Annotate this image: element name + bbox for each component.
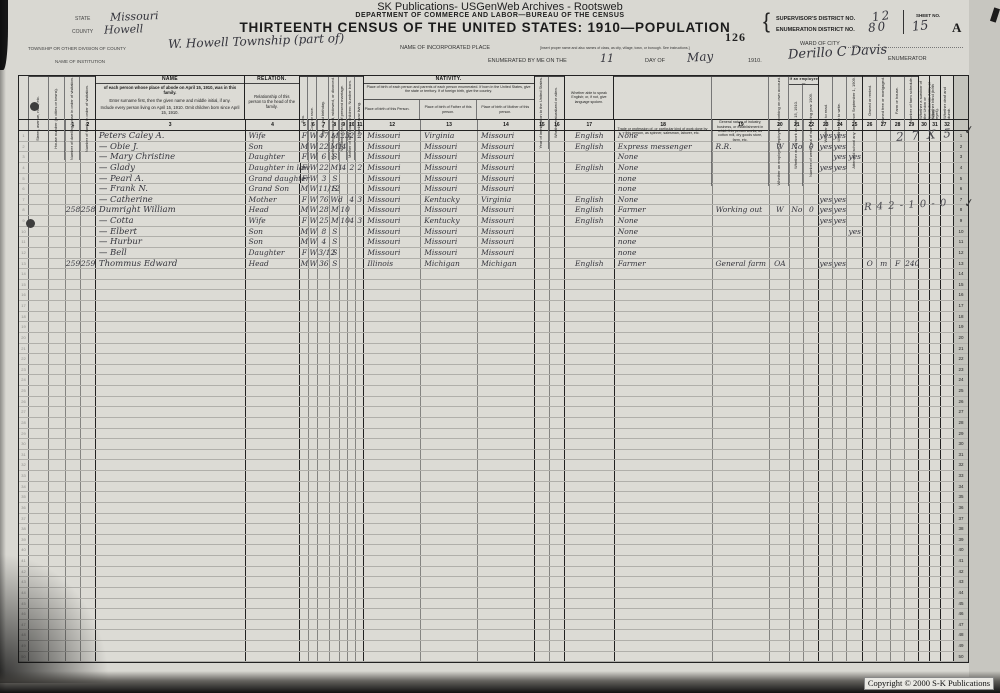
cell-h29: [905, 641, 919, 651]
cell-emp: [770, 460, 790, 470]
cell-pbf: [421, 524, 478, 534]
cell-ind: [713, 184, 771, 194]
cell-mar: [330, 397, 340, 407]
cell-rel: [246, 407, 301, 417]
row-number: 47: [954, 620, 968, 630]
cell-h29: [905, 439, 919, 449]
cell-c31: [930, 174, 941, 184]
cell-mar: [330, 630, 340, 640]
cell-age: [318, 365, 330, 375]
cell-pbm: Virginia: [478, 195, 535, 205]
cell-h28: [891, 630, 905, 640]
cell-mar: [330, 503, 340, 513]
cell-rd: [819, 269, 833, 279]
cell-sex: [300, 439, 309, 449]
cell-cl: 2: [356, 163, 364, 173]
cell-name: — Frank N.: [96, 184, 246, 194]
institution-label: NAME OF INSTITUTION: [55, 59, 105, 64]
cell-yr: [535, 184, 550, 194]
cell-h29: [905, 450, 919, 460]
column-header-h28: Farm or house.: [891, 77, 905, 124]
cell-h26: [863, 344, 877, 354]
cell-st: [29, 333, 49, 343]
cell-wr: [833, 301, 847, 311]
cell-mar: [330, 439, 340, 449]
cell-cb: 2: [348, 163, 356, 173]
cell-emp: [770, 429, 790, 439]
cell-st: [29, 460, 49, 470]
cell-h26: [863, 556, 877, 566]
cell-c32: [941, 216, 954, 226]
cell-eng: [565, 577, 615, 587]
cell-occ: none: [615, 237, 713, 247]
cell-rel: [246, 630, 301, 640]
cell-wr: [833, 184, 847, 194]
cell-fam: [81, 131, 96, 141]
cell-h27: [877, 184, 891, 194]
cell-rd: [819, 514, 833, 524]
cell-h27: [877, 439, 891, 449]
cell-dw: [66, 301, 81, 311]
cell-pbf: [421, 609, 478, 619]
cell-eng: [565, 386, 615, 396]
cell-eng: [565, 301, 615, 311]
cell-emp: [770, 609, 790, 619]
cell-h27: [877, 556, 891, 566]
cell-mar: [330, 418, 340, 428]
cell-pb: [364, 599, 421, 609]
cell-occ: [615, 375, 713, 385]
cell-pb: [364, 641, 421, 651]
cell-h27: [877, 152, 891, 162]
cell-nat: [550, 556, 565, 566]
cell-sex: F: [301, 174, 310, 184]
cell-eng: [565, 397, 615, 407]
cell-nat: [550, 630, 565, 640]
cell-emp: [770, 556, 790, 566]
cell-h29: [905, 514, 919, 524]
cell-ind: [713, 577, 771, 587]
cell-occ: [615, 365, 713, 375]
cell-pbm: Missouri: [478, 163, 535, 173]
cell-eng: English: [565, 131, 615, 141]
cell-sex: [300, 290, 309, 300]
cell-wr: [833, 280, 847, 290]
enumeration-district-value: 80: [867, 19, 888, 35]
cell-emp: [770, 620, 790, 630]
cell-ow: No: [790, 205, 804, 215]
cell-eng: [565, 152, 615, 162]
cell-c30: [919, 482, 930, 492]
cell-mar: S: [330, 227, 340, 237]
table-row: 3434: [19, 482, 968, 493]
cell-col: [309, 471, 318, 481]
cell-sex: [300, 652, 309, 662]
cell-h28: [891, 545, 905, 555]
cell-ow: [790, 482, 804, 492]
cell-h27: [877, 333, 891, 343]
cell-yrs: [340, 354, 348, 364]
column-header-pbf: Place of birth of Father of this person.: [420, 100, 477, 119]
nativity-group-label: NATIVITY.: [364, 76, 534, 84]
cell-age: [318, 397, 330, 407]
relation-desc: Relationship of this person to the head …: [245, 93, 299, 111]
cell-c32: [941, 174, 954, 184]
cell-hn: [49, 514, 66, 524]
cell-sex: [300, 386, 309, 396]
cell-st: [29, 365, 49, 375]
cell-yrs: [340, 471, 348, 481]
cell-h26: [863, 227, 877, 237]
cell-cb: [348, 556, 356, 566]
cell-h26: [863, 322, 877, 332]
cell-fam: [81, 290, 96, 300]
cell-eng: [565, 322, 615, 332]
cell-ind: [713, 269, 771, 279]
cell-rd: [819, 354, 833, 364]
cell-h28: [891, 535, 905, 545]
cell-sex: [300, 344, 309, 354]
cell-wk: [804, 216, 819, 226]
cell-emp: [770, 344, 790, 354]
cell-ow: [790, 609, 804, 619]
cell-h27: [877, 524, 891, 534]
cell-nat: [550, 312, 565, 322]
cell-pbf: [421, 492, 478, 502]
cell-h28: [891, 237, 905, 247]
cell-ind: [713, 322, 771, 332]
cell-cl: [356, 567, 364, 577]
table-row: 4545: [19, 599, 968, 610]
cell-wr: [833, 269, 847, 279]
cell-cl: [356, 652, 364, 662]
cell-wk: [804, 163, 819, 173]
cell-wr: [833, 344, 847, 354]
cell-dw: [66, 322, 81, 332]
cell-ow: [790, 312, 804, 322]
cell-pb: Missouri: [364, 248, 421, 258]
cell-rel: [246, 280, 301, 290]
cell-pb: [364, 460, 421, 470]
cell-ind: [713, 354, 771, 364]
cell-dw: [66, 460, 81, 470]
cell-pbm: Michigan: [478, 259, 535, 269]
row-number: 5: [954, 174, 968, 184]
cell-h26: [863, 599, 877, 609]
row-number: 36: [954, 503, 968, 513]
cell-age: [318, 514, 330, 524]
cell-rd: yes: [819, 131, 833, 141]
cell-pbm: [478, 301, 535, 311]
enumerated-month: May: [687, 49, 714, 65]
cell-h27: [877, 609, 891, 619]
cell-yr: [535, 312, 550, 322]
cell-nat: [550, 195, 565, 205]
cell-name: [96, 545, 246, 555]
cell-yrs: [340, 514, 348, 524]
cell-emp: [770, 450, 790, 460]
cell-rel: [246, 471, 301, 481]
cell-h26: [863, 460, 877, 470]
cell-rd: yes: [819, 142, 833, 152]
cell-wk: [804, 365, 819, 375]
cell-yr: [535, 174, 550, 184]
table-row: 12— BellDaughterFW3/12SMissouriMissouriM…: [19, 248, 968, 259]
cell-c30: [919, 407, 930, 417]
cell-ow: [790, 556, 804, 566]
cell-mar: [330, 301, 340, 311]
cell-yr: [535, 163, 550, 173]
cell-h26: [863, 354, 877, 364]
cell-pbf: [421, 375, 478, 385]
cell-wk: [804, 290, 819, 300]
cell-yr: [535, 418, 550, 428]
cell-ow: [790, 460, 804, 470]
cell-pb: [364, 397, 421, 407]
cell-pbm: Missouri: [478, 152, 535, 162]
cell-occ: [615, 407, 713, 417]
cell-h26: [863, 545, 877, 555]
census-table: LOCATION. Street, avenue, road, etc.Hous…: [18, 75, 969, 663]
cell-ind: [713, 333, 771, 343]
cell-col: W: [309, 227, 318, 237]
cell-st: [29, 301, 49, 311]
cell-occ: [615, 439, 713, 449]
cell-h26: O: [863, 259, 877, 269]
cell-fam: [81, 248, 96, 258]
cell-rd: [819, 599, 833, 609]
cell-h28: [891, 652, 905, 662]
cell-c32: [941, 641, 954, 651]
cell-emp: [770, 630, 790, 640]
cell-eng: [565, 365, 615, 375]
column-header-pb: Place of birth of this Person.: [364, 100, 421, 119]
cell-yr: [535, 248, 550, 258]
cell-hn: [49, 482, 66, 492]
cell-occ: [615, 514, 713, 524]
cell-c32: [941, 630, 954, 640]
cell-h28: [891, 641, 905, 651]
cell-ind: [713, 503, 771, 513]
cell-ind: [713, 227, 771, 237]
cell-h29: [905, 269, 919, 279]
cell-st: [29, 524, 49, 534]
cell-yrs: [340, 599, 348, 609]
cell-h26: [863, 577, 877, 587]
cell-c32: [941, 333, 954, 343]
cell-pb: Missouri: [364, 184, 421, 194]
cell-emp: [770, 195, 790, 205]
cell-ind: [713, 216, 771, 226]
cell-h28: [891, 386, 905, 396]
cell-c30: [919, 450, 930, 460]
cell-wr: [833, 556, 847, 566]
cell-emp: [770, 567, 790, 577]
cell-dw: [66, 312, 81, 322]
sheet-letter: A: [952, 20, 961, 36]
cell-pbf: [421, 354, 478, 364]
cell-sch: yes: [847, 227, 863, 237]
row-number: 44: [954, 588, 968, 598]
cell-h28: [891, 503, 905, 513]
cell-mar: S: [330, 152, 340, 162]
row-number: 42: [954, 567, 968, 577]
table-row: 6— Frank N.Grand SonMW11/12SMissouriMiss…: [19, 184, 968, 195]
cell-ow: [790, 365, 804, 375]
cell-occ: [615, 280, 713, 290]
cell-name: [96, 439, 246, 449]
cell-c32: [941, 397, 954, 407]
cell-h29: [905, 163, 919, 173]
row-number: 26: [954, 397, 968, 407]
cell-c32: [941, 652, 954, 662]
cell-h27: [877, 599, 891, 609]
cell-wk: [804, 641, 819, 651]
cell-ow: [790, 248, 804, 258]
cell-pbf: [421, 450, 478, 460]
cell-rel: [246, 290, 301, 300]
table-row: 10— ElbertSonMW8SMissouriMissouriMissour…: [19, 227, 968, 238]
cell-emp: [770, 514, 790, 524]
cell-yrs: [340, 482, 348, 492]
cell-age: [318, 375, 330, 385]
cell-rel: [246, 365, 301, 375]
row-number: 15: [954, 280, 968, 290]
cell-fam: [81, 227, 96, 237]
cell-dw: 259: [66, 259, 81, 269]
sheet-no-value: 15: [911, 18, 929, 35]
cell-name: [96, 535, 246, 545]
cell-age: [318, 333, 330, 343]
cell-rd: [819, 630, 833, 640]
row-number: 12: [954, 248, 968, 258]
cell-pbm: [478, 503, 535, 513]
cell-cl: [356, 407, 364, 417]
cell-mar: [330, 407, 340, 417]
cell-pb: [364, 471, 421, 481]
cell-sch: [847, 599, 863, 609]
cell-yrs: [340, 577, 348, 587]
cell-nat: [550, 280, 565, 290]
row-number: 49: [954, 641, 968, 651]
cell-col: W: [309, 184, 318, 194]
cell-cb: [348, 620, 356, 630]
cell-ind: [713, 439, 771, 449]
cell-rel: [246, 524, 301, 534]
cell-h27: [877, 492, 891, 502]
cell-c32: [941, 418, 954, 428]
cell-st: [29, 407, 49, 417]
cell-wr: [833, 577, 847, 587]
cell-h26: [863, 163, 877, 173]
cell-age: [318, 418, 330, 428]
cell-h26: [863, 567, 877, 577]
cell-sch: [847, 567, 863, 577]
cell-fam: [81, 492, 96, 502]
cell-occ: None: [615, 152, 713, 162]
row-number: 22: [954, 354, 968, 364]
cell-c30: [919, 174, 930, 184]
cell-nat: [550, 503, 565, 513]
cell-sch: [847, 237, 863, 247]
cell-ow: [790, 269, 804, 279]
cell-c31: [930, 620, 941, 630]
cell-name: Dumright William: [96, 205, 246, 215]
name-group: NAME of each person whose place of abode…: [96, 76, 245, 119]
cell-rel: [246, 577, 301, 587]
cell-col: W: [309, 205, 318, 215]
cell-ow: [790, 652, 804, 662]
cell-yr: [535, 588, 550, 598]
cell-rel: Daughter: [246, 152, 301, 162]
cell-c32: [941, 142, 954, 152]
cell-pbf: [421, 386, 478, 396]
cell-wr: [833, 524, 847, 534]
cell-nat: [550, 174, 565, 184]
cell-sch: [847, 386, 863, 396]
cell-h29: [905, 652, 919, 662]
cell-cl: [356, 514, 364, 524]
cell-occ: [615, 567, 713, 577]
cell-c32: [941, 620, 954, 630]
table-row: 4444: [19, 588, 968, 599]
cell-yr: [535, 227, 550, 237]
cell-nat: [550, 439, 565, 449]
cell-fam: [81, 344, 96, 354]
cell-sex: [300, 301, 309, 311]
cell-c30: [919, 556, 930, 566]
cell-cl: [356, 492, 364, 502]
cell-rel: [246, 312, 301, 322]
column-header-h27: Owned free or mortgaged.: [877, 77, 891, 124]
cell-sch: yes: [847, 152, 863, 162]
cell-age: [318, 545, 330, 555]
cell-cb: [348, 248, 356, 258]
cell-h29: [905, 248, 919, 258]
cell-h28: [891, 439, 905, 449]
cell-nat: [550, 471, 565, 481]
cell-h26: [863, 333, 877, 343]
cell-pb: Missouri: [364, 195, 421, 205]
cell-c32: [941, 482, 954, 492]
cell-cl: [356, 460, 364, 470]
cell-rd: [819, 577, 833, 587]
cell-rd: [819, 344, 833, 354]
cell-eng: [565, 333, 615, 343]
cell-ind: [713, 588, 771, 598]
cell-c31: [930, 259, 941, 269]
cell-pbf: [421, 407, 478, 417]
cell-mar: [330, 354, 340, 364]
cell-occ: None: [615, 163, 713, 173]
table-row: 1818: [19, 312, 968, 323]
row-number: 3: [954, 152, 968, 162]
cell-h29: [905, 418, 919, 428]
cell-yrs: 10: [340, 216, 348, 226]
cell-rel: [246, 269, 301, 279]
cell-name: — Elbert: [96, 227, 246, 237]
cell-ow: [790, 471, 804, 481]
relation-group: RELATION. Relationship of this person to…: [245, 76, 300, 119]
cell-h29: [905, 174, 919, 184]
cell-sex: [300, 429, 309, 439]
cell-col: W: [309, 163, 318, 173]
cell-occ: none: [615, 174, 713, 184]
cell-h27: [877, 567, 891, 577]
cell-name: [96, 620, 246, 630]
cell-ind: [713, 567, 771, 577]
cell-ind: [713, 418, 771, 428]
